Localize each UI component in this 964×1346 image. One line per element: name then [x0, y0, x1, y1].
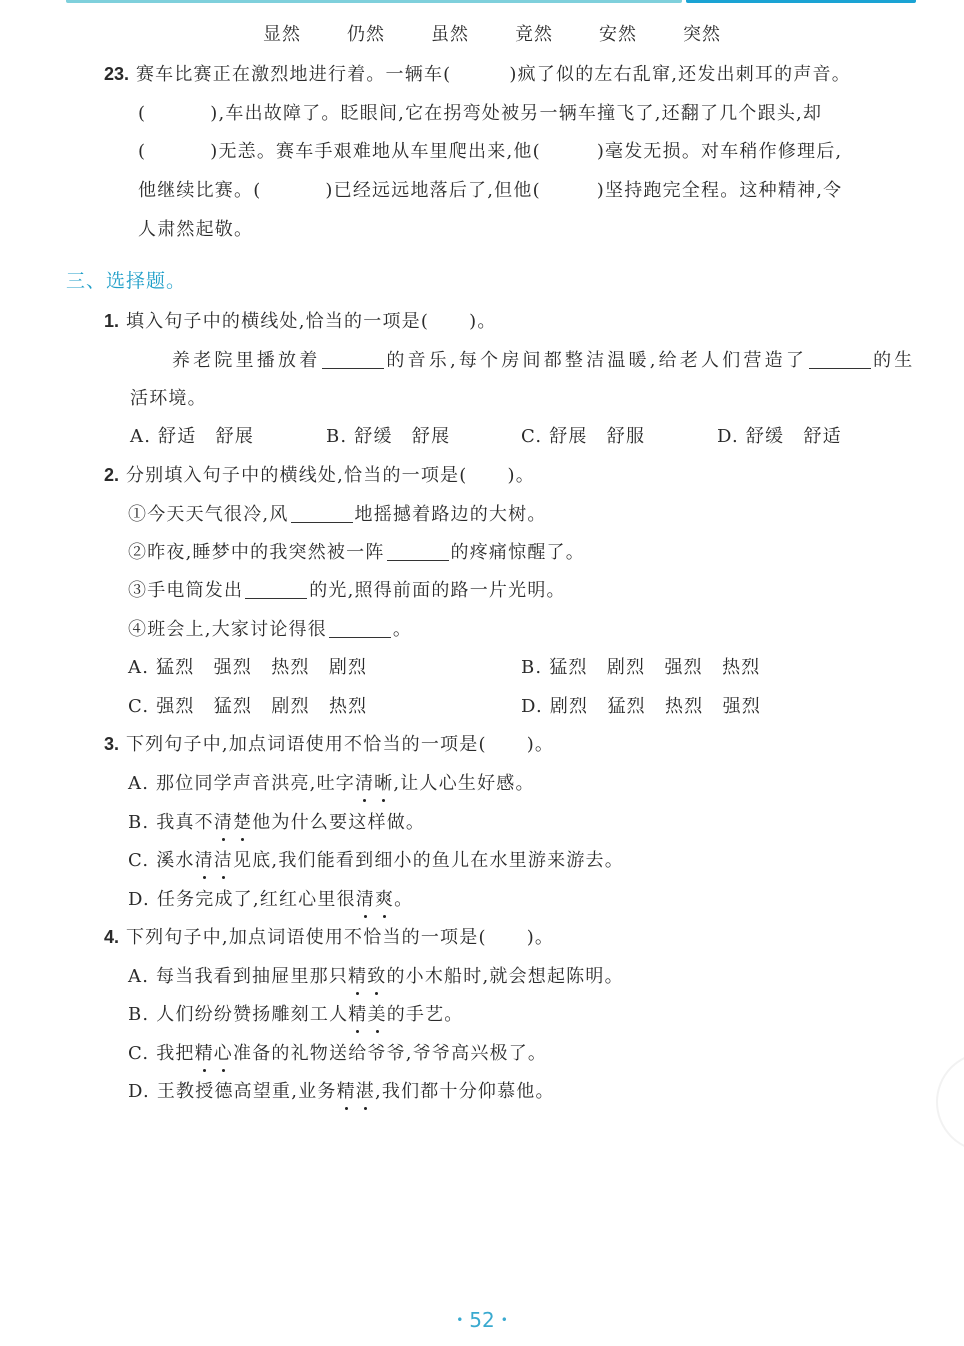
q2-sentence-1: ①今天天气很冷,风地摇撼着路边的大树。: [128, 500, 547, 526]
option-label: B.: [521, 657, 542, 678]
q3-option-b[interactable]: B. 我真不清楚他为什么要这样做。: [128, 808, 425, 834]
option-label: C.: [128, 1043, 149, 1064]
q23-text: 他继续比赛。(: [138, 180, 261, 201]
q2-stem-end: )。: [507, 465, 534, 486]
fill-blank-line: [291, 505, 353, 523]
option-text: 的小木船时,就会想起陈明。: [386, 966, 623, 987]
sentence-part: 活环境。: [130, 388, 207, 409]
q23-text: 人肃然起敬。: [138, 219, 253, 240]
option-label: C.: [128, 696, 149, 717]
word-bank-item: 竟然: [492, 20, 576, 46]
q2-stem-text: 分别填入句子中的横线处,恰当的一项是(: [126, 465, 468, 486]
page-number: •52•: [0, 1308, 964, 1332]
q1-sentence-cont: 活环境。: [130, 384, 207, 410]
option-text: 见底,我们能看到细小的鱼儿在水里游来游去。: [233, 850, 624, 871]
sentence-part: 地摇撼着路边的大树。: [355, 504, 547, 525]
q2-sentence-3: ③手电筒发出的光,照得前面的路一片光明。: [128, 576, 566, 602]
sentence-part: 的光,照得前面的路一片光明。: [309, 580, 566, 601]
q2-option-c[interactable]: C. 强烈 猛烈 剧烈 热烈: [128, 692, 367, 718]
dotted-char: 精: [348, 962, 367, 988]
q1-sentence: 养老院里播放着的音乐,每个房间都整洁温暖,给老人们营造了的生: [172, 346, 915, 372]
dotted-char: 心: [214, 1039, 233, 1065]
q23-line-5: 人肃然起敬。: [138, 215, 253, 241]
sentence-part: 的音乐,每个房间都整洁温暖,给老人们营造了: [386, 350, 807, 371]
sentence-part: ③手电筒发出: [128, 580, 243, 601]
option-label: D.: [717, 426, 739, 447]
q23-text: (: [138, 141, 146, 162]
dotted-char: 晰: [374, 769, 393, 795]
q2-option-a[interactable]: A. 猛烈 强烈 热烈 剧烈: [128, 653, 367, 679]
q23-text: )无恙。赛车手艰难地从车里爬出来,他(: [210, 141, 541, 162]
q2-sentence-4: ④班会上,大家讨论得很。: [128, 615, 412, 641]
q23-line-4: 他继续比赛。()已经远远地落后了,但他()坚持跑完全程。这种精神,令: [138, 176, 842, 202]
option-text: ,我们都十分仰慕他。: [375, 1081, 555, 1102]
q3-stem-text: 下列句子中,加点词语使用不恰当的一项是(: [126, 734, 487, 755]
option-text: 准备的礼物送给爷爷,爷爷高兴极了。: [233, 1043, 547, 1064]
q4-stem: 4. 下列句子中,加点词语使用不恰当的一项是()。: [104, 923, 554, 949]
option-text: 我真不: [156, 812, 214, 833]
q23-text: 赛车比赛正在激烈地进行着。一辆车(: [136, 64, 451, 85]
question-number: 4.: [104, 927, 119, 947]
dotted-char: 精: [195, 1039, 214, 1065]
fill-blank-line: [387, 543, 449, 561]
sentence-part: ④班会上,大家讨论得很: [128, 619, 327, 640]
question-number: 3.: [104, 734, 119, 754]
q23-text: )疯了似的左右乱窜,还发出刺耳的声音。: [509, 64, 851, 85]
dotted-char: 楚: [233, 808, 252, 834]
option-label: A.: [128, 657, 149, 678]
bullet-icon: •: [501, 1313, 508, 1327]
q1-stem-text: 填入句子中的横线处,恰当的一项是(: [126, 311, 429, 332]
sentence-part: 养老院里播放着: [172, 350, 320, 371]
q23-text: (: [138, 103, 146, 124]
sentence-part: 。: [393, 619, 412, 640]
option-label: C.: [521, 426, 542, 447]
option-label: D.: [128, 1081, 150, 1102]
dotted-char: 湛: [356, 1077, 375, 1103]
option-text: 他为什么要这样做。: [252, 812, 425, 833]
page-number-value: 52: [469, 1308, 494, 1332]
fill-blank-line: [329, 620, 391, 638]
option-text: 猛烈 强烈 热烈 剧烈: [156, 657, 367, 678]
top-decorative-bar-left: [66, 0, 682, 3]
word-bank: 显然 仍然 虽然 竟然 安然 突然: [0, 20, 964, 46]
word-bank-item: 仍然: [324, 20, 408, 46]
option-text: 舒缓 舒展: [354, 426, 450, 447]
q3-option-d[interactable]: D. 任务完成了,红红心里很清爽。: [128, 885, 413, 911]
dotted-char: 精: [348, 1000, 367, 1026]
sentence-part: 的疼痛惊醒了。: [451, 542, 585, 563]
q2-stem: 2. 分别填入句子中的横线处,恰当的一项是()。: [104, 461, 535, 487]
q23-text: ),车出故障了。眨眼间,它在拐弯处被另一辆车撞飞了,还翻了几个跟头,却: [210, 103, 822, 124]
fill-blank-line: [322, 351, 384, 369]
dotted-char: 美: [367, 1000, 386, 1026]
dotted-char: 清: [214, 808, 233, 834]
q2-option-b[interactable]: B. 猛烈 剧烈 强烈 热烈: [521, 653, 760, 679]
option-label: D.: [521, 696, 543, 717]
option-text: 。: [394, 889, 413, 910]
dotted-char: 清: [355, 769, 374, 795]
option-text: 每当我看到抽屉里那只: [156, 966, 348, 987]
q3-option-a[interactable]: A. 那位同学声音洪亮,吐字清晰,让人心生好感。: [128, 769, 535, 795]
q3-stem-end: )。: [527, 734, 554, 755]
option-text: 的手艺。: [387, 1004, 464, 1025]
bullet-icon: •: [456, 1313, 463, 1327]
q4-option-b[interactable]: B. 人们纷纷赞扬雕刻工人精美的手艺。: [128, 1000, 464, 1026]
option-text: 我把: [156, 1043, 194, 1064]
dotted-char: 致: [367, 962, 386, 988]
section-title: 三、选择题。: [66, 266, 186, 293]
q1-stem-end: )。: [469, 311, 496, 332]
word-bank-item: 显然: [240, 20, 324, 46]
q23-text: )坚持跑完全程。这种精神,令: [597, 180, 843, 201]
dotted-char: 清: [195, 846, 214, 872]
option-text: ,让人心生好感。: [393, 773, 534, 794]
option-text: 王教授德高望重,业务: [157, 1081, 337, 1102]
q3-stem: 3. 下列句子中,加点词语使用不恰当的一项是()。: [104, 730, 554, 756]
option-a[interactable]: A. 舒适 舒展: [130, 422, 254, 448]
option-text: 溪水: [156, 850, 194, 871]
question-number: 23.: [104, 64, 129, 84]
option-text: 人们纷纷赞扬雕刻工人: [156, 1004, 348, 1025]
q23-line-1: 23. 赛车比赛正在激烈地进行着。一辆车()疯了似的左右乱窜,还发出刺耳的声音。: [104, 60, 851, 86]
option-label: A.: [128, 773, 149, 794]
question-number: 2.: [104, 465, 119, 485]
q23-line-2: (),车出故障了。眨眼间,它在拐弯处被另一辆车撞飞了,还翻了几个跟头,却: [138, 99, 822, 125]
q23-text: )毫发无损。对车稍作修理后,: [597, 141, 843, 162]
option-text: 任务完成了,红红心里很: [157, 889, 356, 910]
option-label: B.: [326, 426, 347, 447]
option-text: 舒展 舒服: [549, 426, 645, 447]
option-label: C.: [128, 850, 149, 871]
sentence-part: 的生: [873, 350, 915, 371]
fill-blank-line: [809, 351, 871, 369]
sentence-part: ①今天天气很冷,风: [128, 504, 289, 525]
question-number: 1.: [104, 311, 119, 331]
q4-option-d[interactable]: D. 王教授德高望重,业务精湛,我们都十分仰慕他。: [128, 1077, 555, 1103]
q23-text: )已经远远地落后了,但他(: [325, 180, 540, 201]
dotted-char: 爽: [375, 885, 394, 911]
dotted-char: 清: [356, 885, 375, 911]
word-bank-item: 突然: [660, 20, 744, 46]
option-label: D.: [128, 889, 150, 910]
option-label: B.: [128, 812, 149, 833]
option-b[interactable]: B. 舒缓 舒展: [326, 422, 450, 448]
dotted-char: 精: [337, 1077, 356, 1103]
q2-sentence-2: ②昨夜,睡梦中的我突然被一阵的疼痛惊醒了。: [128, 538, 585, 564]
q23-line-3: ()无恙。赛车手艰难地从车里爬出来,他()毫发无损。对车稍作修理后,: [138, 137, 842, 163]
option-c[interactable]: C. 舒展 舒服: [521, 422, 645, 448]
option-text: 剧烈 猛烈 热烈 强烈: [550, 696, 761, 717]
option-text: 那位同学声音洪亮,吐字: [156, 773, 355, 794]
option-text: 猛烈 剧烈 强烈 热烈: [549, 657, 760, 678]
dotted-char: 洁: [214, 846, 233, 872]
q2-option-d[interactable]: D. 剧烈 猛烈 热烈 强烈: [521, 692, 761, 718]
sentence-part: ②昨夜,睡梦中的我突然被一阵: [128, 542, 385, 563]
fill-blank-line: [245, 581, 307, 599]
option-text: 强烈 猛烈 剧烈 热烈: [156, 696, 367, 717]
decorative-ring: [936, 1052, 964, 1152]
option-label: A.: [128, 966, 149, 987]
q4-option-a[interactable]: A. 每当我看到抽屉里那只精致的小木船时,就会想起陈明。: [128, 962, 624, 988]
option-text: 舒适 舒展: [158, 426, 254, 447]
q4-stem-text: 下列句子中,加点词语使用不恰当的一项是(: [126, 927, 487, 948]
option-label: A.: [130, 426, 151, 447]
q4-stem-end: )。: [527, 927, 554, 948]
word-bank-item: 虽然: [408, 20, 492, 46]
q3-option-c[interactable]: C. 溪水清洁见底,我们能看到细小的鱼儿在水里游来游去。: [128, 846, 624, 872]
option-text: 舒缓 舒适: [746, 426, 842, 447]
option-d[interactable]: D. 舒缓 舒适: [717, 422, 842, 448]
word-bank-item: 安然: [576, 20, 660, 46]
q1-stem: 1. 填入句子中的横线处,恰当的一项是()。: [104, 307, 497, 333]
q4-option-c[interactable]: C. 我把精心准备的礼物送给爷爷,爷爷高兴极了。: [128, 1039, 547, 1065]
top-decorative-bar-right: [686, 0, 916, 3]
option-label: B.: [128, 1004, 149, 1025]
